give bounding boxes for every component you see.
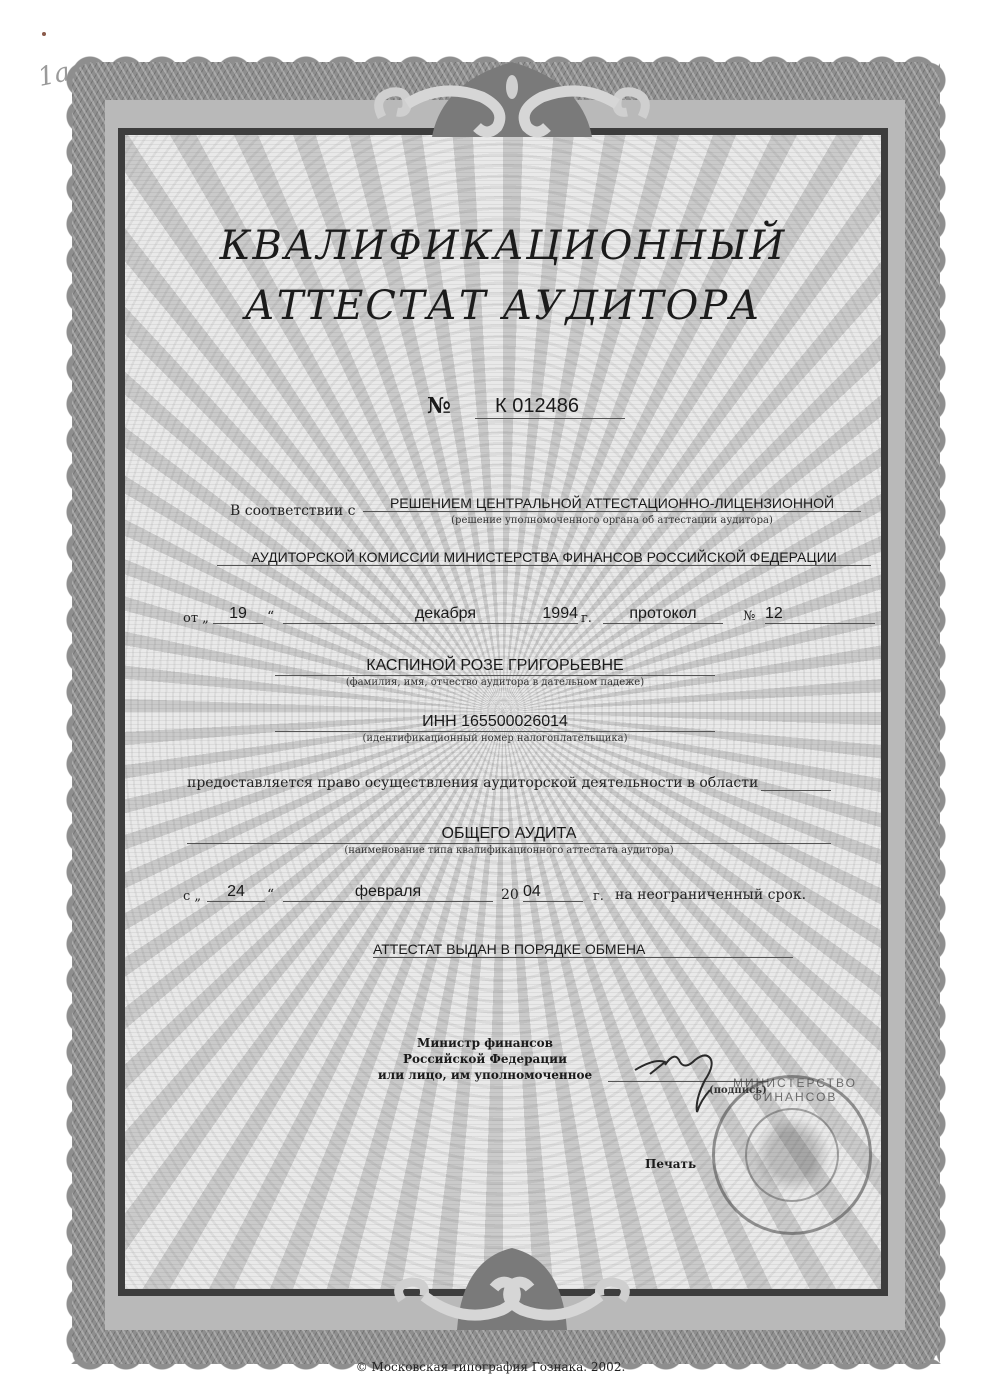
validity-date-row: с „ 24 “ февраля 20 04 г. на неограничен… [183,883,883,909]
seal-label: Печать [645,1157,696,1171]
validity-year-suffix: г. [593,889,604,904]
basis-caption: (решение уполномоченного органа об аттес… [363,515,861,526]
validity-century: 20 [501,887,519,903]
title-line-1: КВАЛИФИКАЦИОННЫЙ [125,223,881,269]
grant-text: предоставляется право осуществления ауди… [187,775,758,791]
grant-area: ОБЩЕГО АУДИТА [187,825,831,844]
validity-month: февраля [283,883,493,902]
validity-year: 04 [523,883,583,902]
decision-date-row: от „ 19 “ декабря 1994 г. протокол № 12 [183,605,883,631]
title-line-2: АТТЕСТАТ АУДИТОРА [125,283,881,329]
signatory-line2: Российской Федерации [365,1051,605,1067]
auditor-name-caption: (фамилия, имя, отчество аудитора в дател… [275,677,715,688]
auditor-inn: ИНН 165500026014 [275,713,715,732]
validity-quote-close: “ [267,887,274,903]
validity-term: на неограниченный срок. [615,887,806,903]
decision-doc-type: протокол [603,605,723,624]
grant-line [761,790,831,791]
date-prefix: от „ [183,611,209,626]
printer-copyright: © Московская типография Гознака. 2002. [0,1360,981,1374]
decision-day: 19 [213,605,263,624]
double-headed-eagle-icon [745,1108,839,1202]
protocol-number: 12 [765,605,875,624]
basis-decision-line2: АУДИТОРСКОЙ КОМИССИИ МИНИСТЕРСТВА ФИНАНС… [217,549,871,566]
issue-note: АТТЕСТАТ ВЫДАН В ПОРЯДКЕ ОБМЕНА [373,941,793,958]
certificate-number: № К 012486 [427,393,627,423]
number-value: К 012486 [475,395,625,419]
date-quote-close: “ [267,609,274,625]
auditor-inn-caption: (идентификационный номер налогоплательщи… [275,733,715,744]
signatory-line3: или лицо, им уполномоченное [365,1067,605,1083]
basis-decision-line1: РЕШЕНИЕМ ЦЕНТРАЛЬНОЙ АТТЕСТАЦИОННО-ЛИЦЕН… [363,495,861,512]
decision-year: 1994 [488,605,578,624]
seal-text: МИНИСТЕРСТВО ФИНАНСОВ [715,1076,875,1104]
official-seal: МИНИСТЕРСТВО ФИНАНСОВ [712,1075,872,1235]
grant-area-caption: (наименование типа квалификационного атт… [187,845,831,856]
paper-speck [42,32,46,36]
validity-prefix: с „ [183,889,201,904]
validity-day: 24 [207,883,265,902]
year-suffix: г. [581,611,592,626]
auditor-name: КАСПИНОЙ РОЗЕ ГРИГОРЬЕВНЕ [275,657,715,676]
protocol-number-sign: № [743,609,755,624]
decision-month: декабря [283,605,488,624]
number-sign: № [427,393,451,419]
signatory-line1: Министр финансов [365,1035,605,1051]
basis-prefix: В соответствии с [230,503,356,519]
signatory-block: Министр финансов Российской Федерации ил… [365,1035,605,1083]
